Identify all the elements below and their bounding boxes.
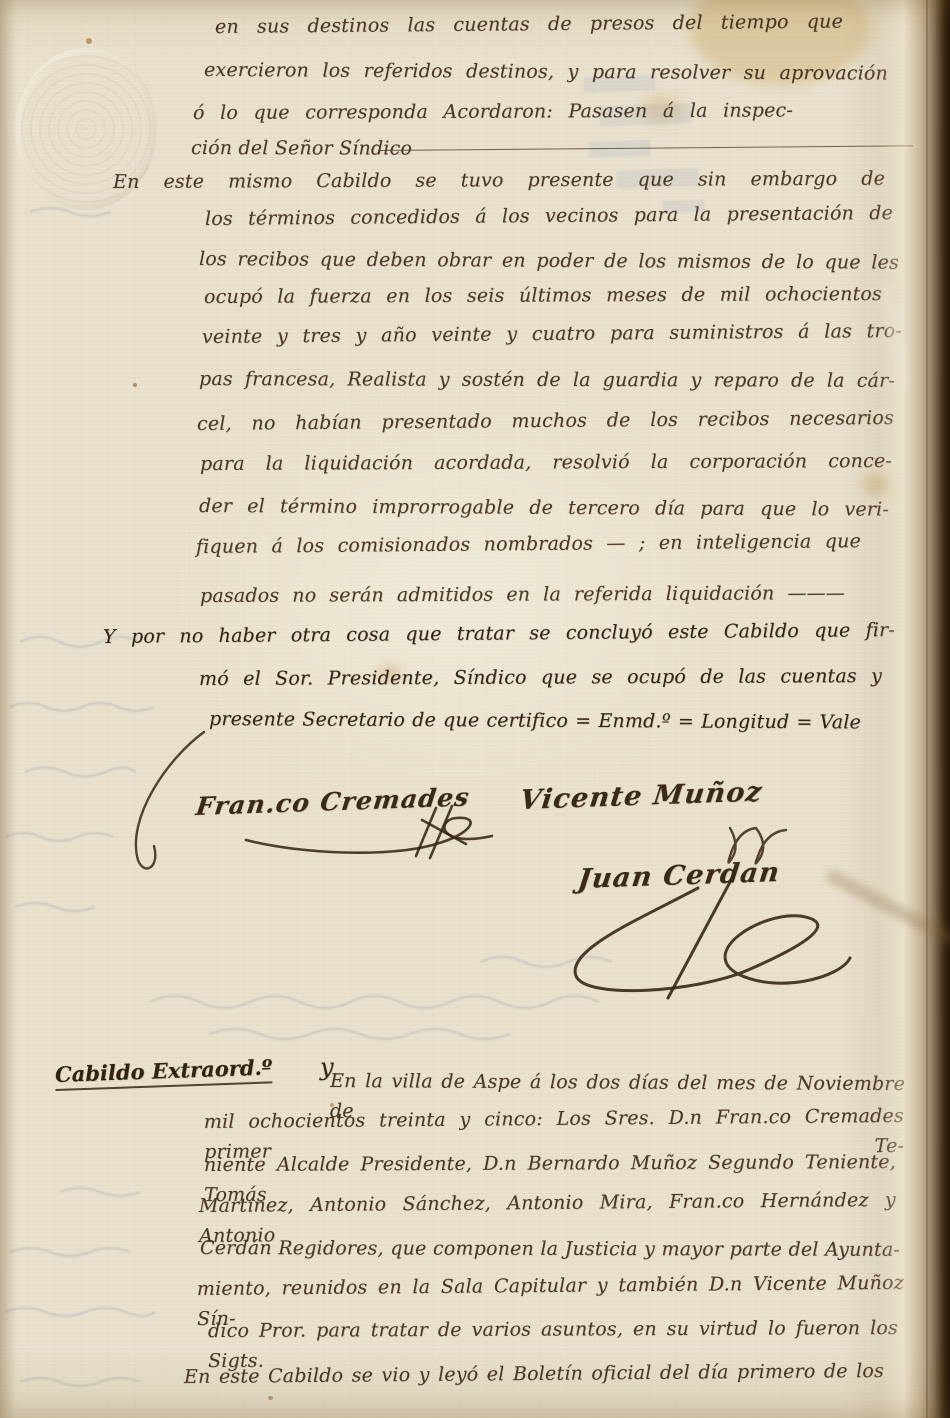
cerdan-flourish — [548, 882, 858, 1002]
handwritten-line: ó lo que corresponda Acordaron: Pasasen … — [193, 95, 793, 128]
handwritten-line: cel, no habían presentado muchos de los … — [197, 403, 894, 439]
handwritten-line: para la liquidación acordada, resolvió l… — [200, 446, 892, 479]
handwritten-line: exercieron los referidos destinos, y par… — [204, 55, 888, 89]
handwritten-line: Cerdán Regidores, que componen la Justic… — [200, 1233, 900, 1265]
handwritten-line: ocupó la fuerza en los seis últimos mese… — [204, 279, 882, 312]
handwritten-line: en sus destinos las cuentas de presos de… — [215, 7, 843, 42]
handwritten-line: pasados no serán admitidos en la referid… — [200, 578, 845, 611]
handwritten-line: fiquen á los comisionados nombrados — ; … — [196, 526, 861, 562]
cremades-rubric — [240, 806, 500, 868]
handwritten-line: En este Cabildo se vio y leyó el Boletín… — [184, 1356, 884, 1392]
handwritten-line: pas francesa, Realista y sostén de la gu… — [199, 364, 895, 396]
handwritten-line: veinte y tres y año veinte y cuatro para… — [202, 316, 902, 352]
manuscript-page: en sus destinos las cuentas de presos de… — [0, 0, 950, 1418]
handwritten-line: presente Secretario de que certifico = E… — [209, 704, 861, 737]
page-left-edge — [0, 0, 16, 1418]
handwritten-line: mó el Sor. Presidente, Síndico que se oc… — [199, 661, 882, 694]
page-edge-line — [926, 0, 928, 1418]
handwritten-line: los recibos que deben obrar en poder de … — [199, 244, 899, 278]
book-gutter-shadow — [840, 0, 950, 1418]
handwritten-line: En este mismo Cabildo se tuvo presente q… — [113, 164, 885, 197]
handwritten-line: ción del Señor Síndico — [191, 133, 412, 164]
handwritten-line: los términos concedidos á los vecinos pa… — [205, 198, 893, 234]
handwritten-line: der el término improrrogable de tercero … — [199, 491, 889, 525]
